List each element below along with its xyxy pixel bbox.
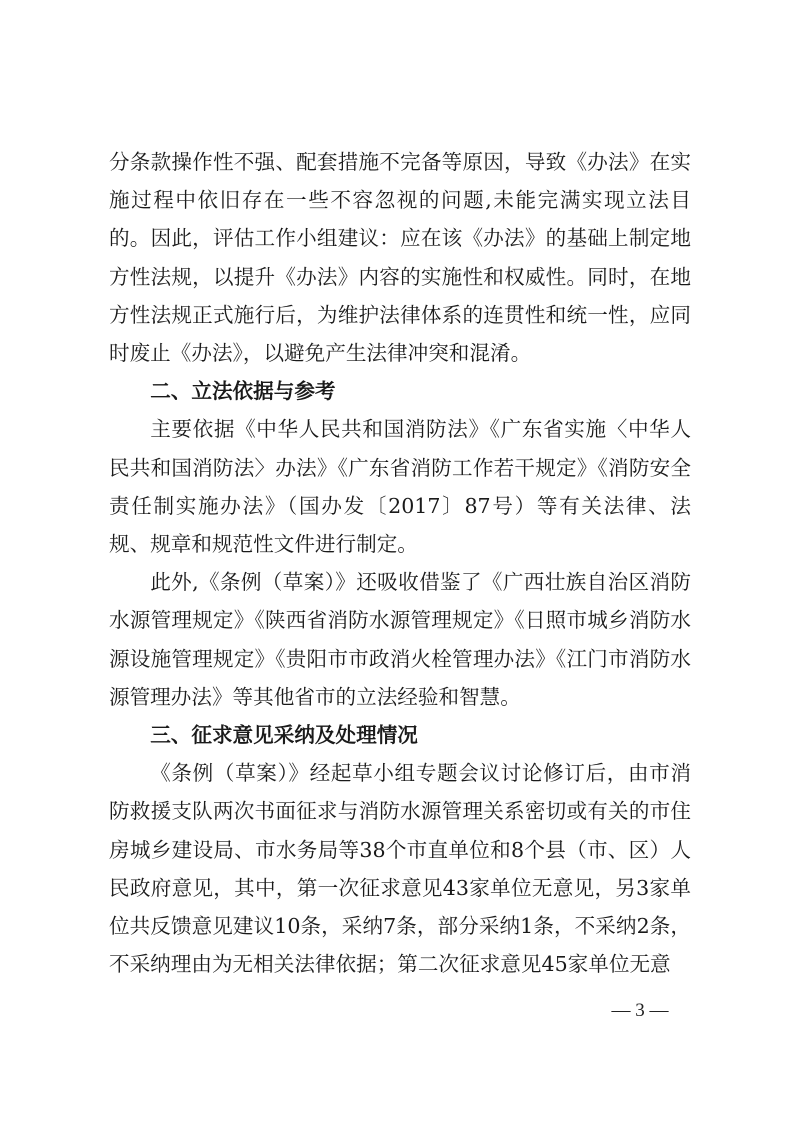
paragraph-legal-basis: 主要依据《中华人民共和国消防法》《广东省实施〈中华人民共和国消防法〉办法》《广东… bbox=[109, 410, 691, 563]
section-heading-legislative-basis: 二、立法依据与参考 bbox=[109, 372, 691, 410]
paragraph-evaluation-conclusion: 分条款操作性不强、配套措施不完备等原因，导致《办法》在实施过程中依旧存在一些不容… bbox=[109, 143, 691, 372]
body-text: 分条款操作性不强、配套措施不完备等原因，导致《办法》在实施过程中依旧存在一些不容… bbox=[109, 143, 691, 983]
paragraph-references: 此外,《条例（草案）》还吸收借鉴了《广西壮族自治区消防水源管理规定》《陕西省消防… bbox=[109, 563, 691, 716]
paragraph-opinion-handling: 《条例（草案）》经起草小组专题会议讨论修订后，由市消防救援支队两次书面征求与消防… bbox=[109, 754, 691, 983]
section-heading-opinion-handling: 三、征求意见采纳及处理情况 bbox=[109, 716, 691, 754]
document-page: 分条款操作性不强、配套措施不完备等原因，导致《办法》在实施过程中依旧存在一些不容… bbox=[0, 0, 793, 1122]
page-number: — 3 — bbox=[600, 1000, 680, 1022]
